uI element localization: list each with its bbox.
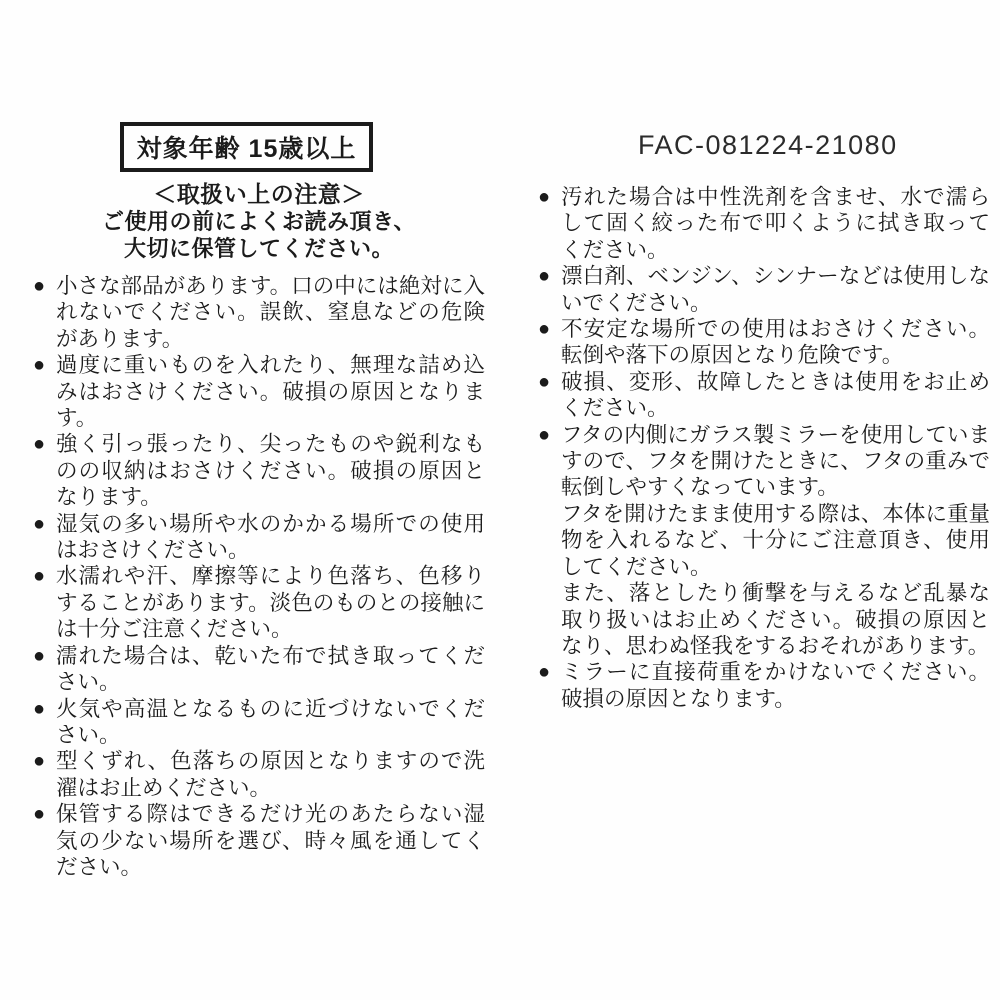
warning-text: 過度に重いものを入れたり、無理な詰め込みはおさけください。破損の原因となります。	[56, 352, 485, 431]
warning-paragraph: 漂白剤、ベンジン、シンナーなどは使用しないでください。	[561, 263, 990, 316]
warning-item: ●水濡れや汗、摩擦等により色落ち、色移りすることがあります。淡色のものとの接触に…	[33, 563, 485, 642]
warning-item: ●汚れた場合は中性洗剤を含ませ、水で濡らして固く絞った布で叩くように拭き取ってく…	[538, 184, 990, 263]
warning-text: 不安定な場所での使用はおさけください。転倒や落下の原因となり危険です。	[561, 316, 990, 369]
warning-item: ●ミラーに直接荷重をかけないでください。破損の原因となります。	[538, 659, 990, 712]
warning-item: ●濡れた場合は、乾いた布で拭き取ってください。	[33, 643, 485, 696]
warning-text: 小さな部品があります。口の中には絶対に入れないでください。誤飲、窒息などの危険が…	[56, 273, 485, 352]
warning-paragraph: 火気や高温となるものに近づけないでください。	[56, 696, 485, 749]
warning-paragraph: 濡れた場合は、乾いた布で拭き取ってください。	[56, 643, 485, 696]
left-warning-list: ●小さな部品があります。口の中には絶対に入れないでください。誤飲、窒息などの危険…	[33, 273, 485, 880]
warning-paragraph: 過度に重いものを入れたり、無理な詰め込みはおさけください。破損の原因となります。	[56, 352, 485, 431]
warning-text: 火気や高温となるものに近づけないでください。	[56, 696, 485, 749]
section-heading: ＜取扱い上の注意＞	[33, 181, 485, 208]
warning-text: 漂白剤、ベンジン、シンナーなどは使用しないでください。	[561, 263, 990, 316]
bullet-icon: ●	[33, 511, 56, 537]
warning-text: 型くずれ、色落ちの原因となりますので洗濯はお止めください。	[56, 748, 485, 801]
bullet-icon: ●	[538, 369, 561, 395]
warning-paragraph: 水濡れや汗、摩擦等により色落ち、色移りすることがあります。淡色のものとの接触には…	[56, 563, 485, 642]
bullet-icon: ●	[538, 184, 561, 210]
warning-paragraph: ミラーに直接荷重をかけないでください。破損の原因となります。	[561, 659, 990, 712]
warning-text: 湿気の多い場所や水のかかる場所での使用はおさけください。	[56, 511, 485, 564]
subheading-line: 大切に保管してください。	[33, 235, 485, 262]
warning-paragraph: 型くずれ、色落ちの原因となりますので洗濯はお止めください。	[56, 748, 485, 801]
bullet-icon: ●	[33, 273, 56, 299]
warning-text: 水濡れや汗、摩擦等により色落ち、色移りすることがあります。淡色のものとの接触には…	[56, 563, 485, 642]
bullet-icon: ●	[33, 643, 56, 669]
warning-text: 濡れた場合は、乾いた布で拭き取ってください。	[56, 643, 485, 696]
bullet-icon: ●	[538, 263, 561, 289]
left-column: ＜取扱い上の注意＞ ご使用の前によくお読み頂き、 大切に保管してください。 ●小…	[33, 181, 485, 880]
age-restriction-box: 対象年齢 15歳以上	[120, 122, 373, 172]
warning-item: ●フタの内側にガラス製ミラーを使用していますので、フタを開けたときに、フタの重み…	[538, 422, 990, 660]
warning-paragraph: フタの内側にガラス製ミラーを使用していますので、フタを開けたときに、フタの重みで…	[561, 422, 990, 501]
warning-paragraph: 破損、変形、故障したときは使用をお止めください。	[561, 369, 990, 422]
bullet-icon: ●	[33, 431, 56, 457]
warning-paragraph: 強く引っ張ったり、尖ったものや鋭利なものの収納はおさけください。破損の原因となり…	[56, 431, 485, 510]
warning-text: 破損、変形、故障したときは使用をお止めください。	[561, 369, 990, 422]
care-label-sheet: 対象年齢 15歳以上 FAC-081224-21080 ＜取扱い上の注意＞ ご使…	[0, 0, 1000, 1000]
subheading-line: ご使用の前によくお読み頂き、	[33, 208, 485, 235]
bullet-icon: ●	[538, 422, 561, 448]
bullet-icon: ●	[538, 659, 561, 685]
warning-text: 汚れた場合は中性洗剤を含ませ、水で濡らして固く絞った布で叩くように拭き取ってくだ…	[561, 184, 990, 263]
warning-item: ●火気や高温となるものに近づけないでください。	[33, 696, 485, 749]
warning-item: ●湿気の多い場所や水のかかる場所での使用はおさけください。	[33, 511, 485, 564]
age-restriction-text: 対象年齢 15歳以上	[137, 129, 357, 165]
warning-text: ミラーに直接荷重をかけないでください。破損の原因となります。	[561, 659, 990, 712]
bullet-icon: ●	[538, 316, 561, 342]
warning-paragraph: 湿気の多い場所や水のかかる場所での使用はおさけください。	[56, 511, 485, 564]
warning-paragraph: 汚れた場合は中性洗剤を含ませ、水で濡らして固く絞った布で叩くように拭き取ってくだ…	[561, 184, 990, 263]
bullet-icon: ●	[33, 748, 56, 774]
warning-item: ●漂白剤、ベンジン、シンナーなどは使用しないでください。	[538, 263, 990, 316]
warning-item: ●保管する際はできるだけ光のあたらない湿気の少ない場所を選び、時々風を通してくだ…	[33, 801, 485, 880]
section-subheading: ご使用の前によくお読み頂き、 大切に保管してください。	[33, 208, 485, 262]
product-code: FAC-081224-21080	[638, 130, 898, 161]
bullet-icon: ●	[33, 352, 56, 378]
warning-text: 保管する際はできるだけ光のあたらない湿気の少ない場所を選び、時々風を通してくださ…	[56, 801, 485, 880]
right-column: ●汚れた場合は中性洗剤を含ませ、水で濡らして固く絞った布で叩くように拭き取ってく…	[538, 184, 990, 712]
bullet-icon: ●	[33, 801, 56, 827]
bullet-icon: ●	[33, 563, 56, 589]
warning-paragraph: 不安定な場所での使用はおさけください。転倒や落下の原因となり危険です。	[561, 316, 990, 369]
warning-paragraph: また、落としたり衝撃を与えるなど乱暴な取り扱いはお止めください。破損の原因となり…	[561, 580, 990, 659]
warning-item: ●強く引っ張ったり、尖ったものや鋭利なものの収納はおさけください。破損の原因とな…	[33, 431, 485, 510]
warning-text: フタの内側にガラス製ミラーを使用していますので、フタを開けたときに、フタの重みで…	[561, 422, 990, 660]
warning-paragraph: 小さな部品があります。口の中には絶対に入れないでください。誤飲、窒息などの危険が…	[56, 273, 485, 352]
right-warning-list: ●汚れた場合は中性洗剤を含ませ、水で濡らして固く絞った布で叩くように拭き取ってく…	[538, 184, 990, 712]
warning-text: 強く引っ張ったり、尖ったものや鋭利なものの収納はおさけください。破損の原因となり…	[56, 431, 485, 510]
warning-item: ●不安定な場所での使用はおさけください。転倒や落下の原因となり危険です。	[538, 316, 990, 369]
warning-item: ●小さな部品があります。口の中には絶対に入れないでください。誤飲、窒息などの危険…	[33, 273, 485, 352]
warning-paragraph: フタを開けたまま使用する際は、本体に重量物を入れるなど、十分にご注意頂き、使用し…	[561, 501, 990, 580]
bullet-icon: ●	[33, 696, 56, 722]
warning-item: ●破損、変形、故障したときは使用をお止めください。	[538, 369, 990, 422]
warning-paragraph: 保管する際はできるだけ光のあたらない湿気の少ない場所を選び、時々風を通してくださ…	[56, 801, 485, 880]
warning-item: ●型くずれ、色落ちの原因となりますので洗濯はお止めください。	[33, 748, 485, 801]
warning-item: ●過度に重いものを入れたり、無理な詰め込みはおさけください。破損の原因となります…	[33, 352, 485, 431]
